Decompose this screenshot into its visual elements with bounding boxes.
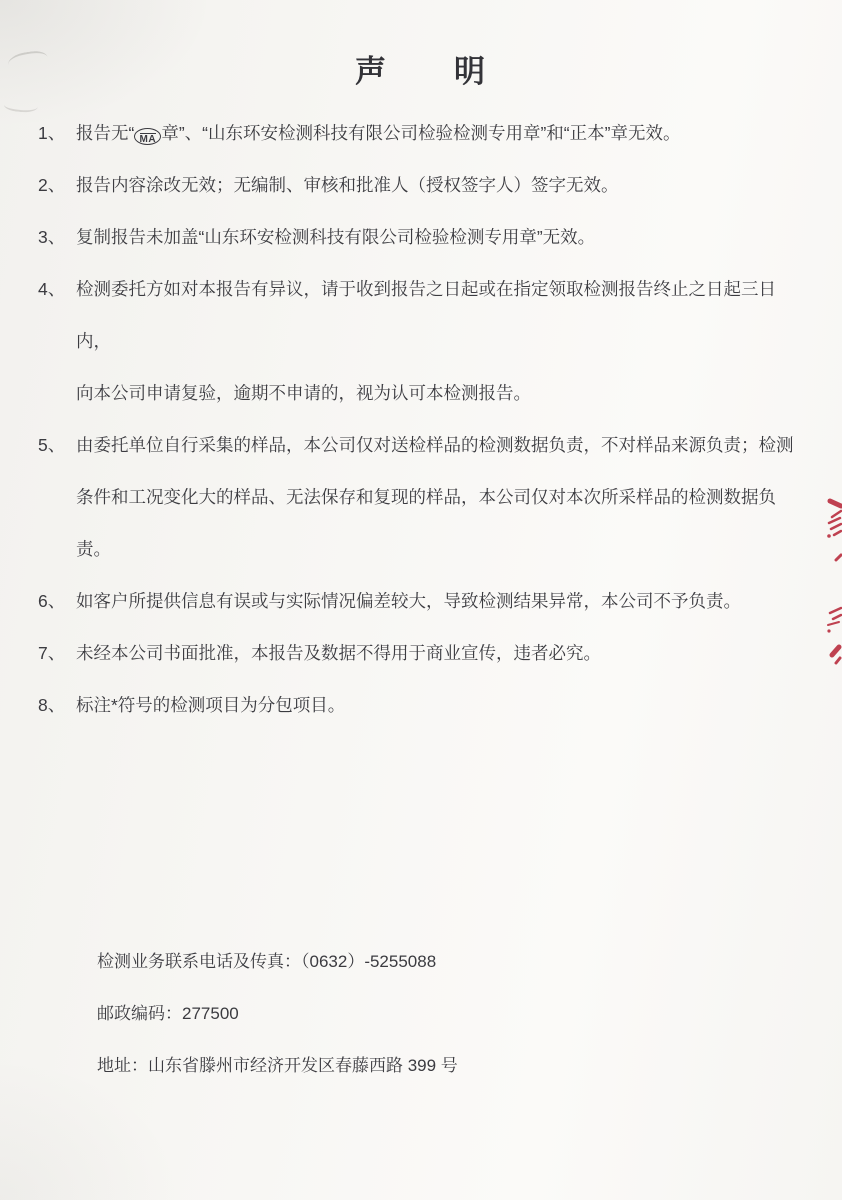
item-number: 4、 — [38, 263, 76, 315]
item-text: 如客户所提供信息有误或与实际情况偏差较大，导致检测结果异常，本公司不予负责。 — [76, 591, 741, 611]
scan-fold-artifact — [3, 96, 38, 113]
contact-info-block: 检测业务联系电话及传真：（0632）-5255088 邮政编码：277500 地… — [38, 936, 804, 1092]
item-text: 标注*符号的检测项目为分包项目。 — [76, 695, 345, 715]
cma-accreditation-mark-icon: MA — [134, 128, 161, 145]
item-text: 检测委托方如对本报告有异议，请于收到报告之日起或在指定领取检测报告终止之日起三日… — [76, 279, 776, 351]
contact-phone-fax: 检测业务联系电话及传真：（0632）-5255088 — [97, 936, 804, 988]
item-number: 3、 — [38, 211, 76, 263]
item-text: 章”、“山东环安检测科技有限公司检验检测专用章”和“正本”章无效。 — [161, 123, 680, 143]
item-number: 8、 — [38, 679, 76, 731]
item-text: 报告无“ — [76, 123, 134, 143]
list-item-2: 2、报告内容涂改无效；无编制、审核和批准人（授权签字人）签字无效。 — [38, 159, 804, 211]
declaration-list: 1、报告无“MA章”、“山东环安检测科技有限公司检验检测专用章”和“正本”章无效… — [38, 107, 804, 731]
contact-address: 地址：山东省滕州市经济开发区春藤西路 399 号 — [97, 1040, 804, 1092]
list-item-3: 3、复制报告未加盖“山东环安检测科技有限公司检验检测专用章”无效。 — [38, 211, 804, 263]
red-seal-fragment-icon — [824, 605, 842, 667]
item-number: 2、 — [38, 159, 76, 211]
item-number: 1、 — [38, 107, 76, 159]
list-item-7: 7、未经本公司书面批准，本报告及数据不得用于商业宣传，违者必究。 — [38, 627, 804, 679]
item-text: 报告内容涂改无效；无编制、审核和批准人（授权签字人）签字无效。 — [76, 175, 619, 195]
list-item-4: 4、检测委托方如对本报告有异议，请于收到报告之日起或在指定领取检测报告终止之日起… — [38, 263, 804, 419]
declaration-page: 声 明 1、报告无“MA章”、“山东环安检测科技有限公司检验检测专用章”和“正本… — [0, 0, 842, 1200]
list-item-8: 8、标注*符号的检测项目为分包项目。 — [38, 679, 804, 731]
page-title: 声 明 — [0, 46, 842, 91]
item-text-continued: 向本公司申请复验，逾期不申请的，视为认可本检测报告。 — [76, 367, 804, 419]
contact-postal-code: 邮政编码：277500 — [97, 988, 804, 1040]
item-number: 5、 — [38, 419, 76, 471]
item-number: 6、 — [38, 575, 76, 627]
list-item-6: 6、如客户所提供信息有误或与实际情况偏差较大，导致检测结果异常，本公司不予负责。 — [38, 575, 804, 627]
item-text: 复制报告未加盖“山东环安检测科技有限公司检验检测专用章”无效。 — [76, 227, 595, 247]
red-seal-fragment-icon — [822, 497, 842, 569]
item-text-continued: 条件和工况变化大的样品、无法保存和复现的样品，本公司仅对本次所采样品的检测数据负… — [76, 471, 804, 575]
list-item-5: 5、由委托单位自行采集的样品，本公司仅对送检样品的检测数据负责，不对样品来源负责… — [38, 419, 804, 575]
list-item-1: 1、报告无“MA章”、“山东环安检测科技有限公司检验检测专用章”和“正本”章无效… — [38, 107, 804, 159]
item-text: 由委托单位自行采集的样品，本公司仅对送检样品的检测数据负责，不对样品来源负责；检… — [76, 435, 794, 455]
item-number: 7、 — [38, 627, 76, 679]
item-text: 未经本公司书面批准，本报告及数据不得用于商业宣传，违者必究。 — [76, 643, 601, 663]
